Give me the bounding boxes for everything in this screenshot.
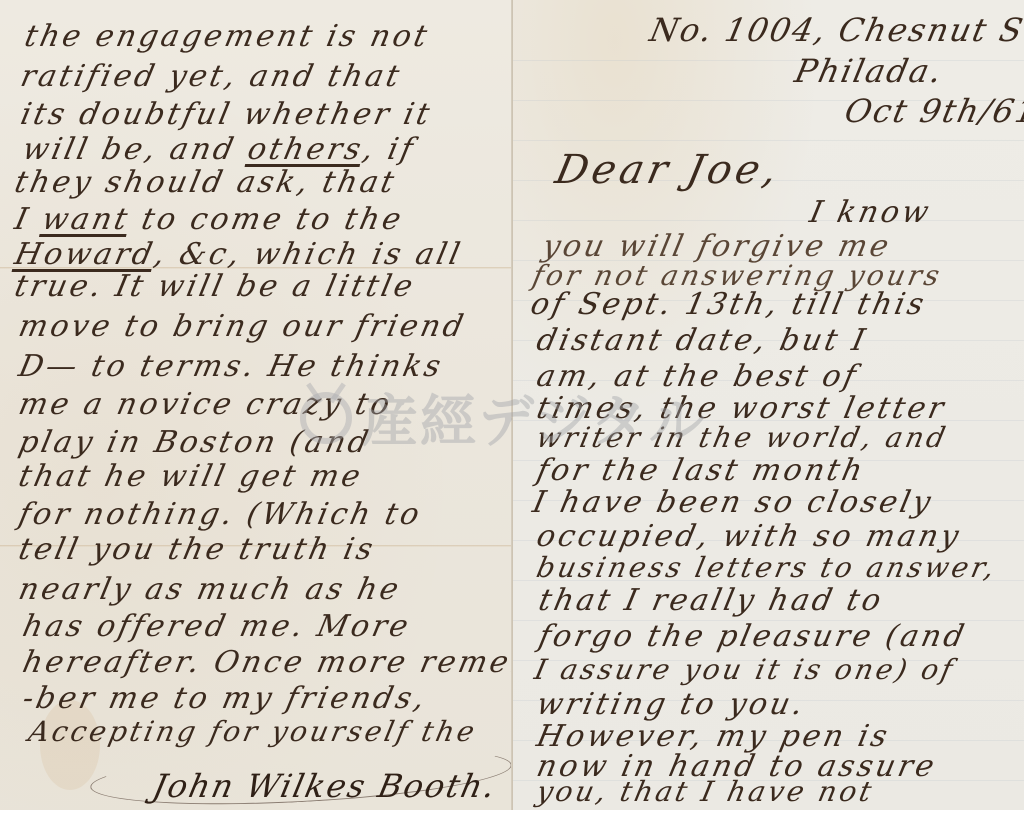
right-line-13: that I really had to (536, 586, 886, 616)
right-line-2: you will forgive me (540, 232, 894, 262)
left-line-20: Accepting for yourself the (26, 718, 480, 746)
ruled-line (512, 60, 1024, 61)
left-page: the engagement is not ratified yet, and … (0, 0, 512, 810)
underlined-word: want (39, 202, 133, 237)
left-line-17: has offered me. More (20, 612, 414, 642)
right-line-8: writer in the world, and (534, 424, 951, 452)
signature: John Wilkes Booth. (150, 770, 500, 802)
left-line-3: its doubtful whether it (18, 100, 435, 130)
left-line-13: that he will get me (16, 462, 366, 492)
underlined-word: Howard (12, 237, 159, 272)
right-line-3: for not answering yours (530, 262, 945, 290)
right-line-12: business letters to answer, (534, 554, 1000, 582)
right-line-1: I know (807, 198, 934, 228)
left-line-5: they should ask, that (12, 168, 399, 198)
left-line-10: D— to terms. He thinks (16, 352, 446, 382)
salutation: Dear Joe, (552, 150, 784, 190)
right-line-7: times, the worst letter (534, 394, 949, 424)
left-line-19: -ber me to my friends, (20, 684, 430, 714)
left-line-9: move to bring our friend (16, 312, 469, 342)
right-line-14: forgo the pleasure (and (536, 622, 969, 652)
date-line: Oct 9th/61 (842, 95, 1024, 127)
right-line-16: writing to you. (534, 690, 808, 720)
right-line-9: for the last month (534, 456, 868, 486)
right-line-11: occupied, with so many (534, 522, 964, 552)
left-line-4: will be, and others, if (20, 135, 418, 165)
left-line-2: ratified yet, and that (18, 62, 405, 92)
right-line-15: I assure you it is one) of (532, 656, 958, 684)
right-line-5: distant date, but I (534, 326, 870, 356)
center-fold (511, 0, 513, 810)
address-line: No. 1004, Chesnut St. (647, 14, 1024, 46)
ruled-line (512, 140, 1024, 141)
left-line-12: play in Boston (and (16, 428, 374, 458)
underlined-word: others (245, 132, 367, 167)
left-line-18: hereafter. Once more remem- (20, 648, 559, 678)
left-line-11: me a novice crazy to (16, 390, 395, 420)
right-line-6: am, at the best of (534, 362, 861, 392)
right-line-19: you, that I have not (534, 778, 877, 806)
left-line-7: Howard, &c, which is all (12, 240, 465, 270)
right-line-4: of Sept. 13th, till this (528, 290, 929, 320)
right-line-17: However, my pen is (534, 722, 893, 752)
letter-scan: the engagement is not ratified yet, and … (0, 0, 1024, 810)
left-line-15: tell you the truth is (16, 535, 378, 565)
left-line-6: I want to come to the (12, 205, 406, 235)
left-line-14: for nothing. (Which to (16, 500, 425, 530)
left-line-8: true. It will be a little (12, 272, 418, 302)
left-line-16: nearly as much as he (16, 575, 404, 605)
right-line-10: I have been so closely (530, 488, 936, 518)
left-line-1: the engagement is not (22, 22, 432, 52)
city-line: Philada. (792, 55, 946, 87)
ruled-line (512, 220, 1024, 221)
right-page: No. 1004, Chesnut St. Philada. Oct 9th/6… (512, 0, 1024, 810)
